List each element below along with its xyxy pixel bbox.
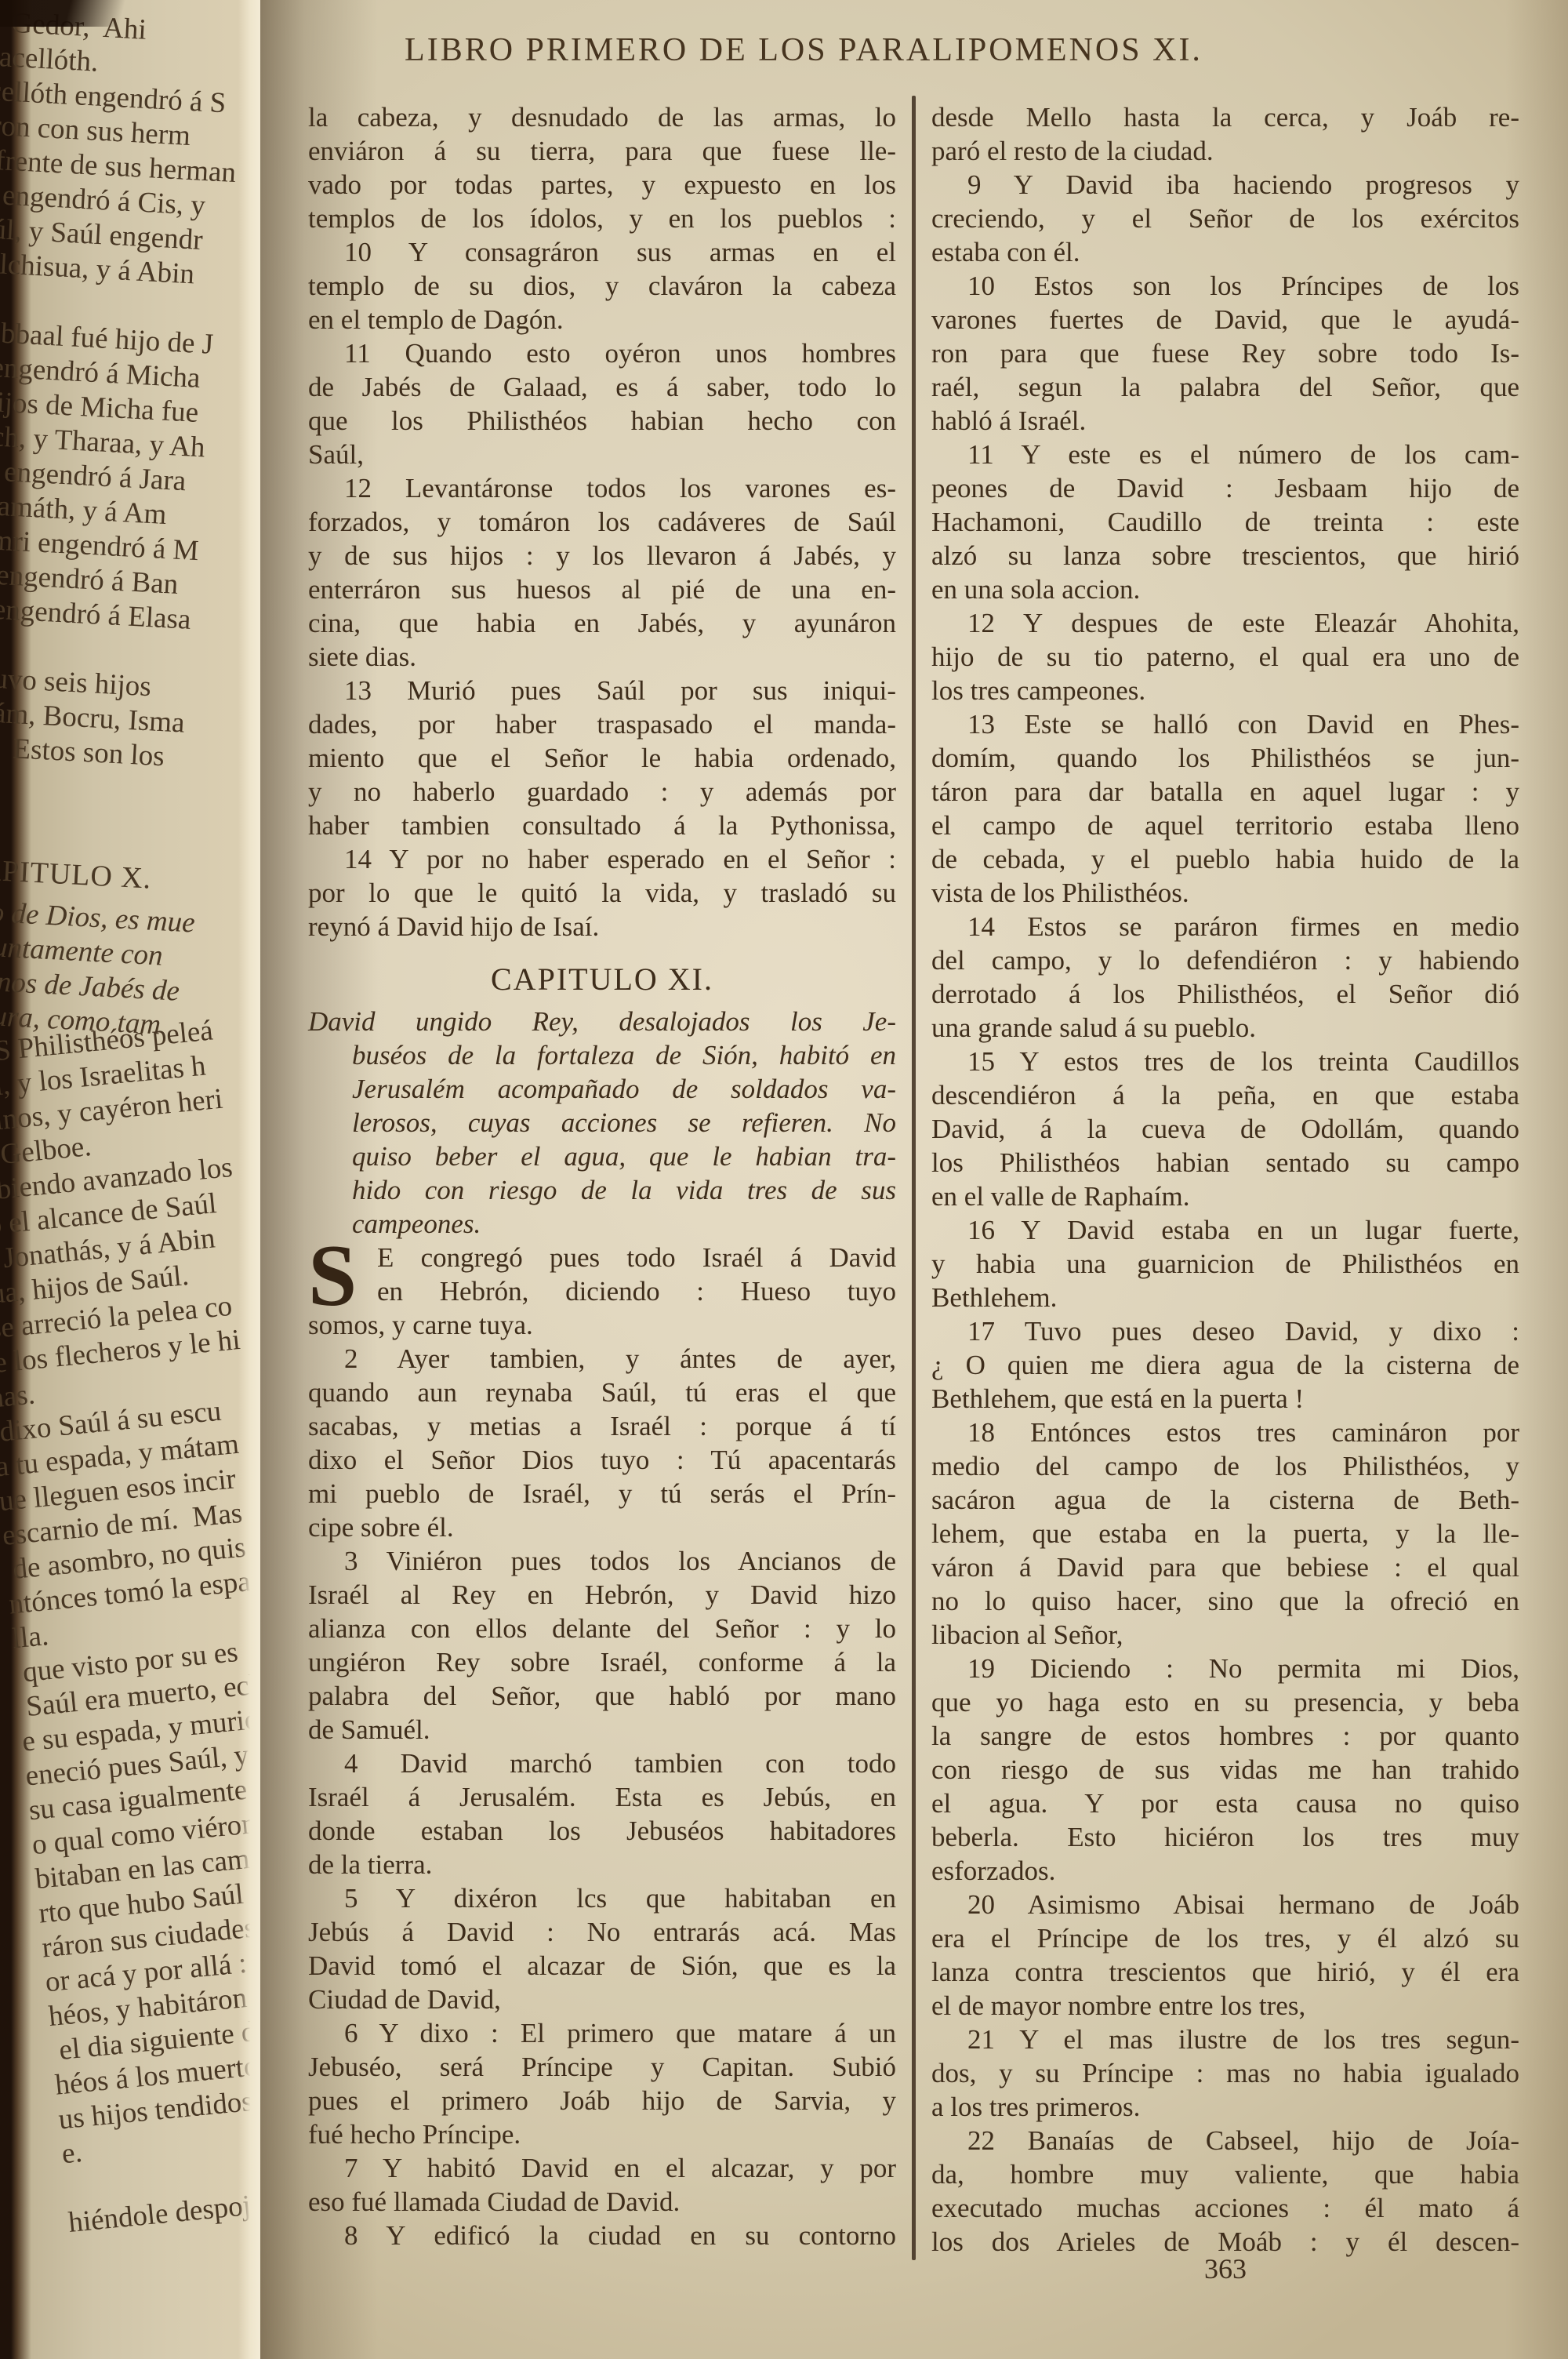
text-line: 6 Y dixo : El primero que matare á un — [308, 2016, 896, 2050]
text-line: lanza contra trescientos que hirió, y él… — [931, 1955, 1519, 1989]
text-line: de Samuél. — [308, 1713, 896, 1747]
text-line: 20 Asimismo Abisai hermano de Joáb — [931, 1888, 1519, 1921]
text-line: por lo que le quitó la vida, y trasladó … — [308, 876, 896, 910]
text-line: la sangre de estos hombres : por quanto — [931, 1719, 1519, 1753]
text-line: paró el resto de la ciudad. — [931, 134, 1519, 168]
previous-page-edge: Gedor, Ahiy Macellóth.Macellóth engendró… — [0, 0, 260, 2359]
text-line: dos, y su Príncipe : mas no habia iguala… — [931, 2056, 1519, 2090]
text-line: en el templo de Dagón. — [308, 303, 896, 336]
text-line: sacáron agua de la cisterna de Beth- — [931, 1483, 1519, 1517]
text-line: vista de los Philisthéos. — [931, 876, 1519, 910]
text-line: Jebuséo, será Príncipe y Capitan. Subió — [308, 2050, 896, 2084]
text-line: y habia una guarnicion de Philisthéos en — [931, 1247, 1519, 1281]
text-line: de cebada, y el pueblo habia huido de la — [931, 842, 1519, 876]
text-line: la cabeza, y desnudado de las armas, lo — [308, 100, 896, 134]
text-line: cina, que habia en Jabés, y ayunáron — [308, 606, 896, 640]
text-line: domím, quando los Philisthéos se jun- — [931, 741, 1519, 775]
text-line: Bethlehem, que está en la puerta ! — [931, 1382, 1519, 1416]
text-line: reynó á David hijo de Isaí. — [308, 910, 896, 943]
text-line: 11 Y este es el número de los cam- — [931, 438, 1519, 471]
text-line: táron para dar batalla en aquel lugar : … — [931, 775, 1519, 809]
text-line: estaba con él. — [931, 235, 1519, 269]
text-line: 13 Murió pues Saúl por sus iniqui- — [308, 674, 896, 707]
text-line: 12 Levantáronse todos los varones es- — [308, 471, 896, 505]
text-line: los tres campeones. — [931, 674, 1519, 707]
text-line: David tomó el alcazar de Sión, que es la — [308, 1949, 896, 1983]
text-line: creciendo, y el Señor de los exércitos — [931, 202, 1519, 235]
page-number: 363 — [931, 2252, 1519, 2285]
book-photo: Gedor, Ahiy Macellóth.Macellóth engendró… — [0, 0, 1568, 2359]
text-line: no lo quiso hacer, sino que la ofreció e… — [931, 1584, 1519, 1618]
text-line: donde estaban los Jebuséos habitadores — [308, 1814, 896, 1848]
text-line: 10 Y consagráron sus armas en el — [308, 235, 896, 269]
text-line: somos, y carne tuya. — [308, 1308, 896, 1342]
text-line: libacion al Señor, — [931, 1618, 1519, 1652]
text-line: Bethlehem. — [931, 1281, 1519, 1314]
text-line: ungiéron Rey sobre Israél, conforme á la — [308, 1645, 896, 1679]
text-line: da, hombre muy valiente, que habia — [931, 2157, 1519, 2191]
text-line: 14 Estos se paráron firmes en medio — [931, 910, 1519, 943]
chapter-heading: CAPITULO XI. — [308, 943, 896, 1005]
text-line: el campo de aquel territorio estaba llen… — [931, 809, 1519, 842]
text-line: lehem, que estaba en la puerta, y la lle… — [931, 1517, 1519, 1550]
text-line: lerosos, cuyas acciones se refieren. No — [308, 1106, 896, 1140]
text-line: David, á la cueva de Odollám, quando — [931, 1112, 1519, 1146]
text-line: una grande salud á su pueblo. — [931, 1011, 1519, 1045]
text-line: raél, segun la palabra del Señor, que — [931, 370, 1519, 404]
text-line: miento que el Señor le habia ordenado, — [308, 741, 896, 775]
text-line: 22 Banaías de Cabseel, hijo de Joía- — [931, 2124, 1519, 2157]
text-line: vado por todas partes, y expuesto en los — [308, 168, 896, 202]
text-line: hijo de su tio paterno, el qual era uno … — [931, 640, 1519, 674]
text-line: con riesgo de sus vidas me han trahido — [931, 1753, 1519, 1787]
text-line: 14 Y por no haber esperado en el Señor : — [308, 842, 896, 876]
text-line: 16 Y David estaba en un lugar fuerte, — [931, 1213, 1519, 1247]
text-line: 4 David marchó tambien con todo — [308, 1747, 896, 1780]
text-line: peones de David : Jesbaam hijo de — [931, 471, 1519, 505]
text-line: pues el primero Joáb hijo de Sarvia, y — [308, 2084, 896, 2117]
text-line: Hachamoni, Caudillo de treinta : este — [931, 505, 1519, 539]
text-line: 13 Este se halló con David en Phes- — [931, 707, 1519, 741]
text-line: fué hecho Príncipe. — [308, 2117, 896, 2151]
text-line: esforzados. — [931, 1854, 1519, 1888]
text-line: Jebús á David : No entrarás acá. Mas — [308, 1915, 896, 1949]
text-line: de Jabés de Galaad, es á saber, todo lo — [308, 370, 896, 404]
text-line: 17 Tuvo pues deseo David, y dixo : — [931, 1314, 1519, 1348]
text-line: que yo haga esto en su presencia, y beba — [931, 1685, 1519, 1719]
text-line: era el Príncipe de los tres, y él alzó s… — [931, 1921, 1519, 1955]
page-edge-highlight — [238, 0, 260, 2359]
text-line: 21 Y el mas ilustre de los tres segun- — [931, 2023, 1519, 2056]
text-line: 7 Y habitó David en el alcazar, y por — [308, 2151, 896, 2185]
text-line: y de sus hijos : y los llevaron á Jabés,… — [308, 539, 896, 572]
text-line: descendiéron á la peña, en que estaba — [931, 1078, 1519, 1112]
text-line: cipe sobre él. — [308, 1510, 896, 1544]
text-line: sacabas, y metias a Israél : porque á tí — [308, 1409, 896, 1443]
text-line: ron para que fuese Rey sobre todo Is- — [931, 336, 1519, 370]
column-divider — [912, 96, 916, 2260]
text-line: forzados, y tomáron los cadáveres de Saú… — [308, 505, 896, 539]
text-line: desde Mello hasta la cerca, y Joáb re- — [931, 100, 1519, 134]
text-line: el agua. Y por esta causa no quiso — [931, 1787, 1519, 1820]
text-line: alzó su lanza sobre trescientos, que hir… — [931, 539, 1519, 572]
text-line: 11 Quando esto oyéron unos hombres — [308, 336, 896, 370]
text-line: quiso beber el agua, que le habian tra- — [308, 1140, 896, 1173]
text-line: Saúl, — [308, 438, 896, 471]
text-line: 5 Y dixéron lcs que habitaban en — [308, 1881, 896, 1915]
previous-page-text-lower: LOS Philisthéos peleáraél, y los Israeli… — [0, 1003, 260, 2241]
text-line: palabra del Señor, que habló por mano — [308, 1679, 896, 1713]
text-line: enviáron á su tierra, para que fuese lle… — [308, 134, 896, 168]
text-line: los Philisthéos habian sentado su campo — [931, 1146, 1519, 1179]
text-line: SE congregó pues todo Israél á David — [308, 1241, 896, 1274]
text-line: dades, por haber traspasado el manda- — [308, 707, 896, 741]
text-line: Israél á Jerusalém. Esta es Jebús, en — [308, 1780, 896, 1814]
text-line: 2 Ayer tambien, y ántes de ayer, — [308, 1342, 896, 1376]
text-line: campeones. — [308, 1207, 896, 1241]
text-line: el de mayor nombre entre los tres, — [931, 1989, 1519, 2023]
text-line: alianza con ellos delante del Señor : y … — [308, 1612, 896, 1645]
text-line: enterráron sus huesos al pié de una en- — [308, 572, 896, 606]
text-line: del campo, y lo defendiéron : y habiendo — [931, 943, 1519, 977]
text-line: 10 Estos son los Príncipes de los — [931, 269, 1519, 303]
text-line: 12 Y despues de este Eleazár Ahohita, — [931, 606, 1519, 640]
text-line: Israél al Rey en Hebrón, y David hizo — [308, 1578, 896, 1612]
text-line: mi pueblo de Israél, y tú serás el Prín- — [308, 1477, 896, 1510]
text-line: en el valle de Raphaím. — [931, 1179, 1519, 1213]
text-line: beberla. Esto hiciéron los tres muy — [931, 1820, 1519, 1854]
text-line: derrotado á los Philisthéos, el Señor di… — [931, 977, 1519, 1011]
text-line: 18 Entónces estos tres camináron por — [931, 1416, 1519, 1449]
text-line: siete dias. — [308, 640, 896, 674]
text-line: executado muchas acciones : él mato á — [931, 2191, 1519, 2225]
text-line: eso fué llamada Ciudad de David. — [308, 2185, 896, 2219]
text-line: Ciudad de David, — [308, 1983, 896, 2016]
text-line: y no haberlo guardado : y además por — [308, 775, 896, 809]
text-line: en Hebrón, diciendo : Hueso tuyo — [308, 1274, 896, 1308]
text-line: a los tres primeros. — [931, 2090, 1519, 2124]
drop-cap-initial: S — [308, 1241, 357, 1311]
text-line: váron á David para que bebiese : el qual — [931, 1550, 1519, 1584]
text-line: 9 Y David iba haciendo progresos y — [931, 168, 1519, 202]
text-line: haber tambien consultado á la Pythonissa… — [308, 809, 896, 842]
text-line: en una sola accion. — [931, 572, 1519, 606]
text-line: templos de los ídolos, y en los pueblos … — [308, 202, 896, 235]
text-line: buséos de la fortaleza de Sión, habitó e… — [308, 1038, 896, 1072]
text-line: habló á Israél. — [931, 404, 1519, 438]
text-line: quando aun reynaba Saúl, tú eras el que — [308, 1376, 896, 1409]
text-column-left: la cabeza, y desnudado de las armas, loe… — [308, 100, 896, 2252]
text-line: dixo el Señor Dios tuyo : Tú apacentarás — [308, 1443, 896, 1477]
text-line: 15 Y estos tres de los treinta Caudillos — [931, 1045, 1519, 1078]
previous-page-text-upper: Gedor, Ahiy Macellóth.Macellóth engendró… — [0, 3, 260, 1049]
text-line: de la tierra. — [308, 1848, 896, 1881]
text-line: ¿ O quien me diera agua de la cisterna d… — [931, 1348, 1519, 1382]
text-line: David ungido Rey, desalojados los Je- — [308, 1005, 896, 1038]
text-line: que los Philisthéos habian hecho con — [308, 404, 896, 438]
text-line: hido con riesgo de la vida tres de sus — [308, 1173, 896, 1207]
text-column-right: desde Mello hasta la cerca, y Joáb re-pa… — [931, 100, 1519, 2259]
text-line: varones fuertes de David, que le ayudá- — [931, 303, 1519, 336]
text-line: 19 Diciendo : No permita mi Dios, — [931, 1652, 1519, 1685]
binding-shadow — [0, 0, 196, 27]
text-line: Jerusalém acompañado de soldados va- — [308, 1072, 896, 1106]
text-line: 3 Viniéron pues todos los Ancianos de — [308, 1544, 896, 1578]
text-line: medio del campo de los Philisthéos, y — [931, 1449, 1519, 1483]
text-line: 8 Y edificó la ciudad en su contorno — [308, 2219, 896, 2252]
text-line: templo de su dios, y claváron la cabeza — [308, 269, 896, 303]
running-head: LIBRO PRIMERO DE LOS PARALIPOMENOS XI. — [314, 31, 1294, 69]
